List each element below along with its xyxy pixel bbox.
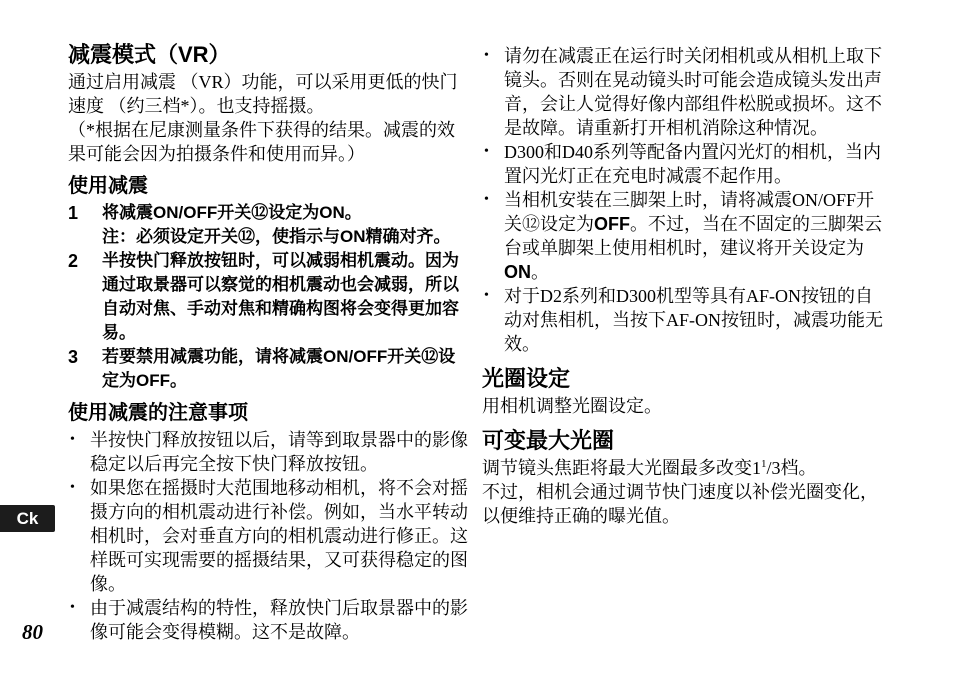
step-paragraph: 将减震ON/OFF开关⑫设定为ON。: [102, 201, 470, 225]
bold-text: OFF: [594, 214, 630, 234]
vma-line2: 不过，相机会通过调节快门速度以补偿光圈变化，以便维持正确的曝光值。: [482, 480, 884, 528]
text-segment: 精确对齐。: [366, 227, 451, 246]
step-row: 2半按快门释放按钮时，可以减弱相机震动。因为通过取景器可以察觉的相机震动也会减弱…: [68, 249, 470, 345]
left-column: 减震模式（VR） 通过启用减震 （VR）功能，可以采用更低的快门速度 （约三档*…: [68, 42, 470, 644]
text-segment: D300和D40系列等配备内置闪光灯的相机，当内置闪光灯正在充电时减震不起作用。: [504, 142, 881, 186]
text-segment: 对于D2系列和D300机型等具有AF-ON按钮的自动对焦相机，当按下AF-ON按…: [504, 286, 883, 354]
bold-text: ON: [319, 203, 345, 222]
intro-footnote: （*根据在尼康测量条件下获得的结果。减震的效果可能会因为拍摄条件和使用而异。）: [68, 118, 470, 166]
bullet-text: 请勿在减震正在运行时关闭相机或从相机上取下镜头。否则在晃动镜头时可能会造成镜头发…: [504, 44, 884, 140]
bullet-dot-icon: •: [68, 428, 90, 452]
bullet-text: 由于减震结构的特性，释放快门后取景器中的影像可能会变得模糊。这不是故障。: [90, 596, 470, 644]
bullet-text: 对于D2系列和D300机型等具有AF-ON按钮的自动对焦相机，当按下AF-ON按…: [504, 284, 884, 356]
bullet-item: •当相机安装在三脚架上时，请将减震ON/OFF开关⑫设定为OFF。不过，当在不固…: [482, 188, 884, 284]
bullet-dot-icon: •: [482, 284, 504, 308]
text-segment: 将减震ON/OFF开关⑫设定为: [102, 203, 319, 222]
bullet-dot-icon: •: [482, 188, 504, 212]
step-text: 半按快门释放按钮时，可以减弱相机震动。因为通过取景器可以察觉的相机震动也会减弱，…: [102, 249, 470, 345]
text-segment: 。: [531, 262, 549, 282]
vma-line1: 调节镜头焦距将最大光圈最多改变11/3档。: [482, 456, 884, 480]
bullet-dot-icon: •: [482, 44, 504, 68]
language-tab-ck: Ck: [0, 505, 55, 532]
text-segment: 由于减震结构的特性，释放快门后取景器中的影像可能会变得模糊。这不是故障。: [90, 598, 468, 642]
heading-variable-max-aperture: 可变最大光圈: [482, 428, 884, 454]
text-segment: 注：必须设定开关⑫，使指示与: [102, 227, 340, 246]
aperture-body: 用相机调整光圈设定。: [482, 394, 884, 418]
bullet-item: •半按快门释放按钮以后，请等到取景器中的影像稳定以后再完全按下快门释放按钮。: [68, 428, 470, 476]
bullet-item: •D300和D40系列等配备内置闪光灯的相机，当内置闪光灯正在充电时减震不起作用…: [482, 140, 884, 188]
text-segment: 半按快门释放按钮时，可以减弱相机震动。因为通过取景器可以察觉的相机震动也会减弱，…: [102, 251, 459, 342]
bullet-dot-icon: •: [68, 596, 90, 620]
text-segment: 。: [170, 371, 187, 390]
step-number: 2: [68, 249, 102, 273]
bullet-item: •对于D2系列和D300机型等具有AF-ON按钮的自动对焦相机，当按下AF-ON…: [482, 284, 884, 356]
text-segment: /3档。: [767, 458, 817, 478]
vr-notes-list-continued: •请勿在减震正在运行时关闭相机或从相机上取下镜头。否则在晃动镜头时可能会造成镜头…: [482, 44, 884, 356]
text-segment: 。: [345, 203, 362, 222]
bold-text: ON: [340, 227, 366, 246]
intro-paragraph: 通过启用减震 （VR）功能，可以采用更低的快门速度 （约三档*）。也支持摇摄。: [68, 70, 470, 118]
bullet-text: D300和D40系列等配备内置闪光灯的相机，当内置闪光灯正在充电时减震不起作用。: [504, 140, 884, 188]
heading-using-vr: 使用减震: [68, 174, 470, 198]
vr-notes-list: •半按快门释放按钮以后，请等到取景器中的影像稳定以后再完全按下快门释放按钮。•如…: [68, 428, 470, 644]
step-paragraph: 若要禁用减震功能，请将减震ON/OFF开关⑫设定为OFF。: [102, 345, 470, 393]
manual-page: 减震模式（VR） 通过启用减震 （VR）功能，可以采用更低的快门速度 （约三档*…: [0, 0, 954, 677]
section-title-vr-mode: 减震模式（VR）: [68, 42, 470, 68]
text-segment: 请勿在减震正在运行时关闭相机或从相机上取下镜头。否则在晃动镜头时可能会造成镜头发…: [504, 46, 882, 138]
right-column: •请勿在减震正在运行时关闭相机或从相机上取下镜头。否则在晃动镜头时可能会造成镜头…: [482, 42, 884, 528]
bullet-item: •由于减震结构的特性，释放快门后取景器中的影像可能会变得模糊。这不是故障。: [68, 596, 470, 644]
step-text: 若要禁用减震功能，请将减震ON/OFF开关⑫设定为OFF。: [102, 345, 470, 393]
bullet-dot-icon: •: [482, 140, 504, 164]
text-segment: 如果您在摇摄时大范围地移动相机，将不会对摇摄方向的相机震动进行补偿。例如，当水平…: [90, 478, 468, 594]
step-number: 3: [68, 345, 102, 369]
bullet-item: •请勿在减震正在运行时关闭相机或从相机上取下镜头。否则在晃动镜头时可能会造成镜头…: [482, 44, 884, 140]
text-segment: 半按快门释放按钮以后，请等到取景器中的影像稳定以后再完全按下快门释放按钮。: [90, 430, 468, 474]
bullet-text: 半按快门释放按钮以后，请等到取景器中的影像稳定以后再完全按下快门释放按钮。: [90, 428, 470, 476]
vr-steps-list: 1将减震ON/OFF开关⑫设定为ON。注：必须设定开关⑫，使指示与ON精确对齐。…: [68, 201, 470, 393]
heading-aperture-setting: 光圈设定: [482, 366, 884, 392]
heading-vr-notes: 使用减震的注意事项: [68, 401, 470, 425]
bullet-item: •如果您在摇摄时大范围地移动相机，将不会对摇摄方向的相机震动进行补偿。例如，当水…: [68, 476, 470, 596]
step-note: 注：必须设定开关⑫，使指示与ON精确对齐。: [102, 225, 470, 249]
bullet-text: 如果您在摇摄时大范围地移动相机，将不会对摇摄方向的相机震动进行补偿。例如，当水平…: [90, 476, 470, 596]
step-paragraph: 半按快门释放按钮时，可以减弱相机震动。因为通过取景器可以察觉的相机震动也会减弱，…: [102, 249, 470, 345]
page-number: 80: [22, 620, 43, 645]
step-row: 1将减震ON/OFF开关⑫设定为ON。注：必须设定开关⑫，使指示与ON精确对齐。: [68, 201, 470, 249]
text-segment: 调节镜头焦距将最大光圈最多改变1: [482, 458, 761, 478]
step-number: 1: [68, 201, 102, 225]
bullet-dot-icon: •: [68, 476, 90, 500]
bold-text: OFF: [136, 371, 170, 390]
step-row: 3若要禁用减震功能，请将减震ON/OFF开关⑫设定为OFF。: [68, 345, 470, 393]
step-text: 将减震ON/OFF开关⑫设定为ON。注：必须设定开关⑫，使指示与ON精确对齐。: [102, 201, 470, 249]
bullet-text: 当相机安装在三脚架上时，请将减震ON/OFF开关⑫设定为OFF。不过，当在不固定…: [504, 188, 884, 284]
bold-text: ON: [504, 262, 531, 282]
